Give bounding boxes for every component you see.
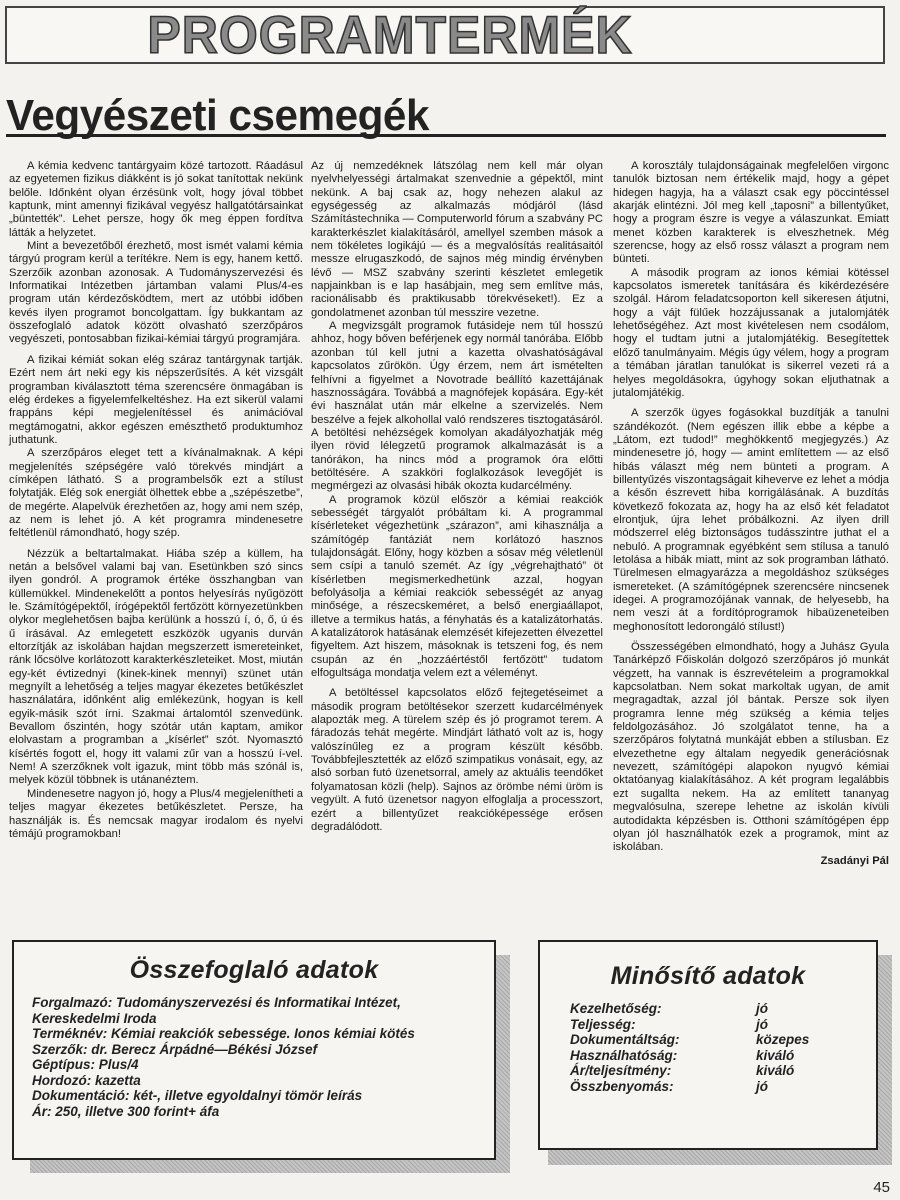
rating-row: Használhatóság:kiváló [570, 1048, 846, 1064]
article-title: Vegyészeti csemegék [6, 92, 429, 140]
section-title: PROGRAMTERMÉK [147, 5, 632, 66]
article-paragraph: A második program az ionos kémiai kötéss… [613, 267, 889, 400]
article-paragraph: Összességében elmondható, hogy a Juhász … [613, 641, 889, 855]
page-number: 45 [873, 1179, 890, 1196]
article-paragraph: A szerzők ügyes fogásokkal buzdítják a t… [613, 407, 889, 634]
summary-line: Ár: 250, illetve 300 forint+ áfa [32, 1104, 476, 1120]
article-column-2: Az új nemzedéknek látszólag nem kell már… [311, 160, 603, 834]
article-paragraph: A kémia kedvenc tantárgyaim közé tartozo… [9, 160, 303, 240]
rating-row: Teljesség:jó [570, 1017, 846, 1033]
rating-row: Összbenyomás:jó [570, 1079, 846, 1095]
article-paragraph: A fizikai kémiát sokan elég száraz tantá… [9, 354, 303, 447]
article-paragraph: Mindenesetre nagyon jó, hogy a Plus/4 me… [9, 788, 303, 841]
rating-label: Kezelhetőség: [570, 1001, 756, 1017]
summary-line: Hordozó: kazetta [32, 1073, 476, 1089]
summary-box: Összefoglaló adatok Forgalmazó: Tudomány… [12, 940, 496, 1160]
rating-row: Kezelhetőség:jó [570, 1001, 846, 1017]
article-column-3: A korosztály tulajdonságainak megfelelőe… [613, 160, 889, 868]
rating-label: Összbenyomás: [570, 1079, 756, 1095]
rating-list: Kezelhetőség:jóTeljesség:jóDokumentáltsá… [570, 1001, 846, 1094]
summary-line: Dokumentáció: két-, illetve egyoldalnyi … [32, 1088, 476, 1104]
rating-box: Minősítő adatok Kezelhetőség:jóTeljesség… [538, 940, 878, 1150]
summary-list: Forgalmazó: Tudományszervezési és Inform… [32, 995, 476, 1119]
article-paragraph: A programok közül először a kémiai reakc… [311, 494, 603, 681]
rating-value: közepes [756, 1032, 809, 1048]
summary-box-title: Összefoglaló adatok [32, 956, 476, 985]
rating-value: jó [756, 1079, 768, 1095]
summary-line: Szerzők: dr. Berecz Árpádné—Békési Józse… [32, 1042, 476, 1058]
rating-box-title: Minősítő adatok [570, 962, 846, 991]
title-underline [6, 134, 886, 137]
rating-row: Dokumentáltság:közepes [570, 1032, 846, 1048]
article-paragraph: Mint a bevezetőből érezhető, most ismét … [9, 240, 303, 347]
rating-label: Ár/teljesítmény: [570, 1063, 756, 1079]
rating-label: Dokumentáltság: [570, 1032, 756, 1048]
rating-label: Használhatóság: [570, 1048, 756, 1064]
article-column-1: A kémia kedvenc tantárgyaim közé tartozo… [9, 160, 303, 841]
summary-line: Terméknév: Kémiai reakciók sebessége. Io… [32, 1026, 476, 1042]
rating-value: kiváló [756, 1063, 794, 1079]
article-paragraph: A szerzőpáros eleget tett a kívánalmakna… [9, 447, 303, 540]
article-paragraph: A korosztály tulajdonságainak megfelelőe… [613, 160, 889, 267]
summary-line: Géptípus: Plus/4 [32, 1057, 476, 1073]
rating-value: jó [756, 1017, 768, 1033]
author-signature: Zsadányi Pál [613, 855, 889, 868]
rating-row: Ár/teljesítmény:kiváló [570, 1063, 846, 1079]
section-header: PROGRAMTERMÉK [5, 6, 885, 64]
article-paragraph: A betöltéssel kapcsolatos előző fejteget… [311, 687, 603, 834]
article-paragraph: Nézzük a beltartalmakat. Hiába szép a kü… [9, 548, 303, 788]
article-paragraph: A megvizsgált programok futásideje nem t… [311, 320, 603, 493]
summary-line: Forgalmazó: Tudományszervezési és Inform… [32, 995, 476, 1026]
rating-label: Teljesség: [570, 1017, 756, 1033]
rating-value: kiváló [756, 1048, 794, 1064]
article-paragraph: Az új nemzedéknek látszólag nem kell már… [311, 160, 603, 320]
rating-value: jó [756, 1001, 768, 1017]
